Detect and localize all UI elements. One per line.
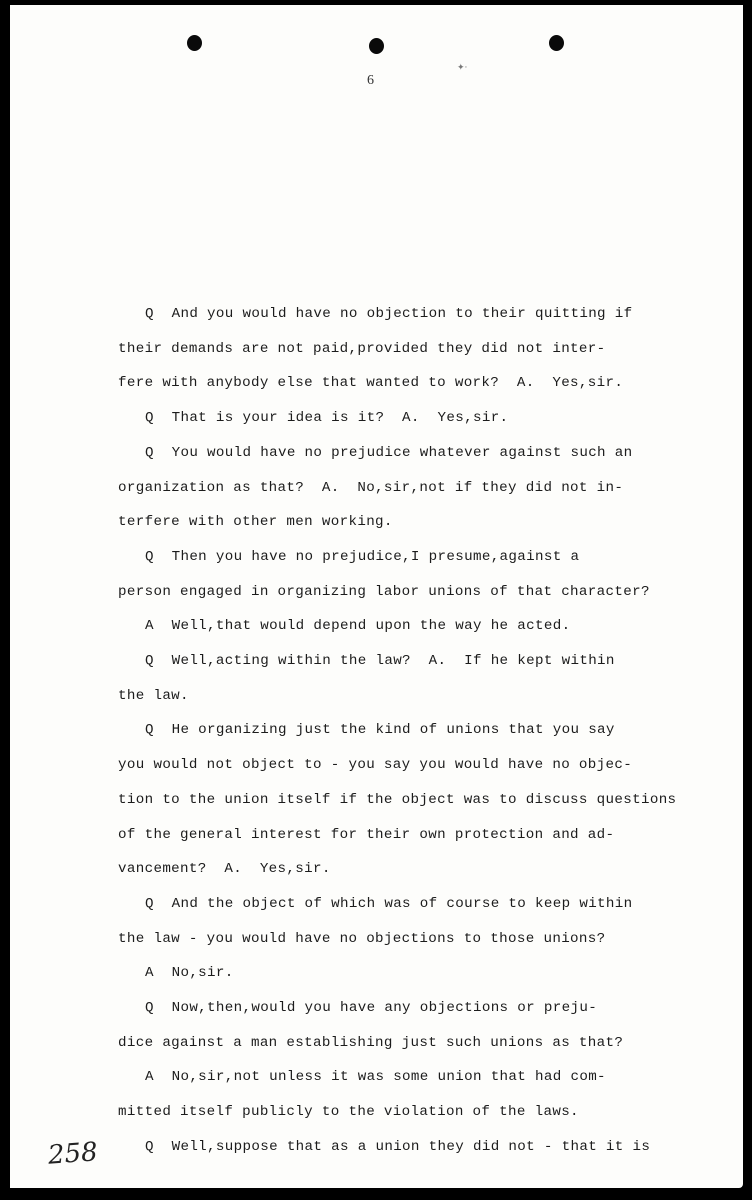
punch-hole-center [369, 38, 384, 54]
transcript-line: Q That is your idea is it? A. Yes,sir. [145, 410, 508, 426]
transcript-line: mitted itself publicly to the violation … [118, 1104, 579, 1120]
transcript-line: Q Then you have no prejudice,I presume,a… [145, 549, 579, 565]
transcript-line: the law - you would have no objections t… [118, 931, 606, 947]
document-page: 6 ✦· Q And you would have no objection t… [10, 5, 743, 1188]
transcript-line: A No,sir. [145, 965, 234, 981]
transcript-line: the law. [118, 688, 189, 704]
transcript-line: Q You would have no prejudice whatever a… [145, 445, 633, 461]
transcript-line: Q He organizing just the kind of unions … [145, 722, 615, 738]
punch-hole-right [549, 35, 564, 51]
transcript-line: you would not object to - you say you wo… [118, 757, 632, 773]
transcript-line: Q And the object of which was of course … [145, 896, 633, 912]
scan-speck: ✦· [457, 63, 467, 73]
punch-hole-left [187, 35, 202, 51]
transcript-line: person engaged in organizing labor union… [118, 584, 650, 600]
transcript-line: Q Well,suppose that as a union they did … [145, 1139, 650, 1155]
transcript-line: of the general interest for their own pr… [118, 827, 614, 843]
transcript-line: fere with anybody else that wanted to wo… [118, 375, 623, 391]
transcript-line: A Well,that would depend upon the way he… [145, 618, 570, 634]
transcript-line: Q Well,acting within the law? A. If he k… [145, 653, 615, 669]
transcript-line: Q Now,then,would you have any objections… [145, 1000, 597, 1016]
transcript-line: tion to the union itself if the object w… [118, 792, 676, 808]
page-number: 6 [367, 73, 374, 89]
transcript-line: Q And you would have no objection to the… [145, 306, 633, 322]
handwritten-annotation: 258 [47, 1137, 99, 1170]
transcript-line: vancement? A. Yes,sir. [118, 861, 331, 877]
transcript-line: organization as that? A. No,sir,not if t… [118, 480, 623, 496]
transcript-line: terfere with other men working. [118, 514, 393, 530]
transcript-line: A No,sir,not unless it was some union th… [145, 1069, 606, 1085]
transcript-line: dice against a man establishing just suc… [118, 1035, 623, 1051]
transcript-line: their demands are not paid,provided they… [118, 341, 606, 357]
